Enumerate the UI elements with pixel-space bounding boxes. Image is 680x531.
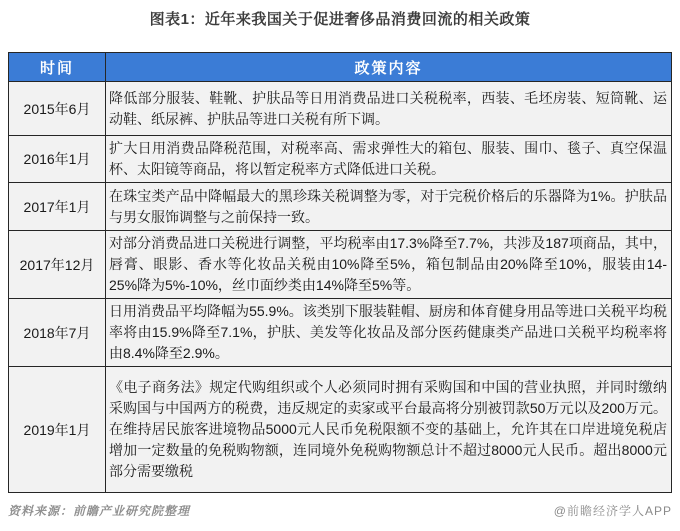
table-row: 2016年1月扩大日用消费品降税范围，对税率高、需求弹性大的箱包、服装、围巾、毯…	[9, 136, 672, 183]
source-note: 资料来源：前瞻产业研究院整理	[8, 502, 190, 519]
date-cell: 2019年1月	[9, 367, 106, 493]
table-row: 2017年12月对部分消费品进口关税进行调整，平均税率由17.3%降至7.7%，…	[9, 231, 672, 299]
table-row: 2015年6月降低部分服装、鞋靴、护肤品等日用消费品进口关税税率，西装、毛坯房装…	[9, 82, 672, 136]
policy-cell: 《电子商务法》规定代购组织或个人必须同时拥有采购国和中国的营业执照，并同时缴纳采…	[106, 367, 672, 493]
policy-table-body: 2015年6月降低部分服装、鞋靴、护肤品等日用消费品进口关税税率，西装、毛坯房装…	[9, 82, 672, 493]
header-cell-policy: 政策内容	[106, 53, 672, 82]
infographic-page: 图表1：近年来我国关于促进奢侈品消费回流的相关政策 前瞻产业研究院 前瞻产业研究…	[0, 0, 680, 531]
header-cell-time: 时间	[9, 53, 106, 82]
date-cell: 2016年1月	[9, 136, 106, 183]
policy-cell: 扩大日用消费品降税范围，对税率高、需求弹性大的箱包、服装、围巾、毯子、真空保温杯…	[106, 136, 672, 183]
date-cell: 2018年7月	[9, 299, 106, 367]
table-row: 2017年1月在珠宝类产品中降幅最大的黑珍珠关税调整为零，对于完税价格后的乐器降…	[9, 183, 672, 231]
header-row: 时间 政策内容	[9, 53, 672, 82]
page-title: 图表1：近年来我国关于促进奢侈品消费回流的相关政策	[0, 8, 680, 29]
table-row: 2018年7月日用消费品平均降幅为55.9%。该类别下服装鞋帽、厨房和体育健身用…	[9, 299, 672, 367]
policy-cell: 在珠宝类产品中降幅最大的黑珍珠关税调整为零，对于完税价格后的乐器降为1%。护肤品…	[106, 183, 672, 231]
policy-cell: 降低部分服装、鞋靴、护肤品等日用消费品进口关税税率，西装、毛坯房装、短筒靴、运动…	[106, 82, 672, 136]
date-cell: 2015年6月	[9, 82, 106, 136]
policy-cell: 日用消费品平均降幅为55.9%。该类别下服装鞋帽、厨房和体育健身用品等进口关税平…	[106, 299, 672, 367]
date-cell: 2017年12月	[9, 231, 106, 299]
policy-table-header: 时间 政策内容	[9, 53, 672, 82]
table-row: 2019年1月《电子商务法》规定代购组织或个人必须同时拥有采购国和中国的营业执照…	[9, 367, 672, 493]
credit-note: @前瞻经济学人APP	[554, 502, 672, 519]
policy-cell: 对部分消费品进口关税进行调整，平均税率由17.3%降至7.7%，共涉及187项商…	[106, 231, 672, 299]
policy-table: 时间 政策内容 2015年6月降低部分服装、鞋靴、护肤品等日用消费品进口关税税率…	[8, 52, 672, 493]
date-cell: 2017年1月	[9, 183, 106, 231]
